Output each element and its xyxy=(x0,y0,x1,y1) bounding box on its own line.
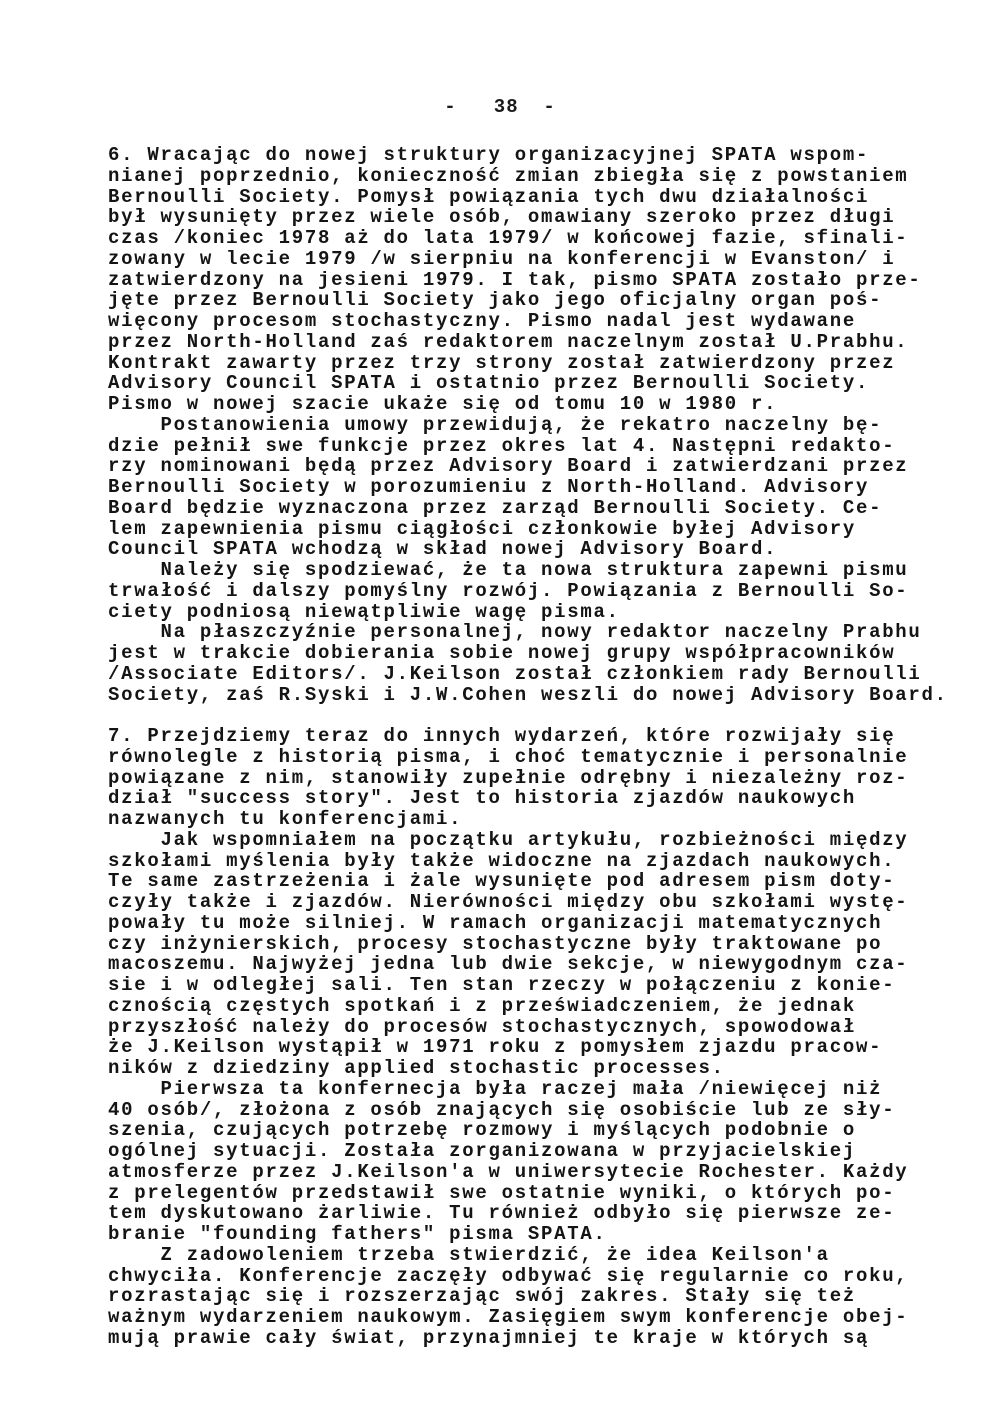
text-line: ników z dziedziny applied stochastic pro… xyxy=(108,1058,988,1079)
text-line: szkołami myślenia były także widoczne na… xyxy=(108,851,988,872)
text-line: Society, zaś R.Syski i J.W.Cohen weszli … xyxy=(108,685,988,706)
text-line: 7. Przejdziemy teraz do innych wydarzeń,… xyxy=(108,726,988,747)
text-line: Advisory Council SPATA i ostatnio przez … xyxy=(108,373,988,394)
text-line: ważnym wydarzeniem naukowym. Zasięgiem s… xyxy=(108,1307,988,1328)
text-line: cznością częstych spotkań i z przeświadc… xyxy=(108,996,988,1017)
text-line: mują prawie cały świat, przynajmniej te … xyxy=(108,1328,988,1349)
text-line: Council SPATA wchodzą w skład nowej Advi… xyxy=(108,539,988,560)
text-line: przyszłość należy do procesów stochastyc… xyxy=(108,1017,988,1038)
section-6-paragraphs: 6. Wracając do nowej struktury organizac… xyxy=(108,145,988,705)
text-line: sie i w odległej sali. Ten stan rzeczy w… xyxy=(108,975,988,996)
text-line: 40 osób/, złożona z osób znających się o… xyxy=(108,1100,988,1121)
text-line: atmosferze przez J.Keilson'a w uniwersyt… xyxy=(108,1162,988,1183)
text-line: Kontrakt zawarty przez trzy strony zosta… xyxy=(108,353,988,374)
text-line: że J.Keilson wystąpił w 1971 roku z pomy… xyxy=(108,1037,988,1058)
text-line: dzie pełnił swe funkcje przez okres lat … xyxy=(108,436,988,457)
text-line: nianej poprzednio, konieczność zmian zbi… xyxy=(108,166,988,187)
document-body: 6. Wracając do nowej struktury organizac… xyxy=(108,145,988,1349)
text-line: jęte przez Bernoulli Society jako jego o… xyxy=(108,290,988,311)
text-line: rzy nominowani będą przez Advisory Board… xyxy=(108,456,988,477)
section-7-paragraphs: 7. Przejdziemy teraz do innych wydarzeń,… xyxy=(108,726,988,1349)
text-line: trwałość i dalszy pomyślny rozwój. Powią… xyxy=(108,581,988,602)
text-line: był wysunięty przez wiele osób, omawiany… xyxy=(108,207,988,228)
text-line: 6. Wracając do nowej struktury organizac… xyxy=(108,145,988,166)
text-line: chwyciła. Konferencje zaczęły odbywać si… xyxy=(108,1266,988,1287)
text-line: Pierwsza ta konfernecja była raczej mała… xyxy=(108,1079,988,1100)
text-line: jest w trakcie dobierania sobie nowej gr… xyxy=(108,643,988,664)
text-line: Pismo w nowej szacie ukaże się od tomu 1… xyxy=(108,394,988,415)
text-line: /Associate Editors/. J.Keilson został cz… xyxy=(108,664,988,685)
text-line: ciety podniosą niewątpliwie wagę pisma. xyxy=(108,602,988,623)
text-line: Należy się spodziewać, że ta nowa strukt… xyxy=(108,560,988,581)
section-gap xyxy=(108,705,988,726)
text-line: Jak wspomniałem na początku artykułu, ro… xyxy=(108,830,988,851)
text-line: zowany w lecie 1979 /w sierpniu na konfe… xyxy=(108,249,988,270)
text-line: czas /koniec 1978 aż do lata 1979/ w koń… xyxy=(108,228,988,249)
text-line: równolegle z historią pisma, i choć tema… xyxy=(108,747,988,768)
text-line: macoszemu. Najwyżej jedna lub dwie sekcj… xyxy=(108,954,988,975)
text-line: powiązane z nim, stanowiły zupełnie odrę… xyxy=(108,768,988,789)
text-line: branie "founding fathers" pisma SPATA. xyxy=(108,1224,988,1245)
text-line: przez North-Holland zaś redaktorem nacze… xyxy=(108,332,988,353)
text-line: powały tu może silniej. W ramach organiz… xyxy=(108,913,988,934)
text-line: z prelegentów przedstawił swe ostatnie w… xyxy=(108,1183,988,1204)
text-line: lem zapewnienia pismu ciągłości członkow… xyxy=(108,519,988,540)
text-line: rozrastając się i rozszerzając swój zakr… xyxy=(108,1286,988,1307)
text-line: Bernoulli Society. Pomysł powiązania tyc… xyxy=(108,187,988,208)
text-line: szenia, czujących potrzebę rozmowy i myś… xyxy=(108,1120,988,1141)
text-line: Bernoulli Society w porozumieniu z North… xyxy=(108,477,988,498)
text-line: nazwanych tu konferencjami. xyxy=(108,809,988,830)
page-number: - 38 - xyxy=(0,96,1000,118)
text-line: więcony procesom stochastyczny. Pismo na… xyxy=(108,311,988,332)
text-line: Board będzie wyznaczona przez zarząd Ber… xyxy=(108,498,988,519)
text-line: ogólnej sytuacji. Została zorganizowana … xyxy=(108,1141,988,1162)
text-line: Te same zastrzeżenia i żale wysunięte po… xyxy=(108,871,988,892)
text-line: dział "success story". Jest to historia … xyxy=(108,788,988,809)
text-line: czyły także i zjazdów. Nierówności międz… xyxy=(108,892,988,913)
text-line: tem dyskutowano żarliwie. Tu również odb… xyxy=(108,1203,988,1224)
text-line: Z zadowoleniem trzeba stwierdzić, że ide… xyxy=(108,1245,988,1266)
text-line: czy inżynierskich, procesy stochastyczne… xyxy=(108,934,988,955)
text-line: Na płaszczyźnie personalnej, nowy redakt… xyxy=(108,622,988,643)
text-line: Postanowienia umowy przewidują, że rekat… xyxy=(108,415,988,436)
text-line: zatwierdzony na jesieni 1979. I tak, pis… xyxy=(108,270,988,291)
